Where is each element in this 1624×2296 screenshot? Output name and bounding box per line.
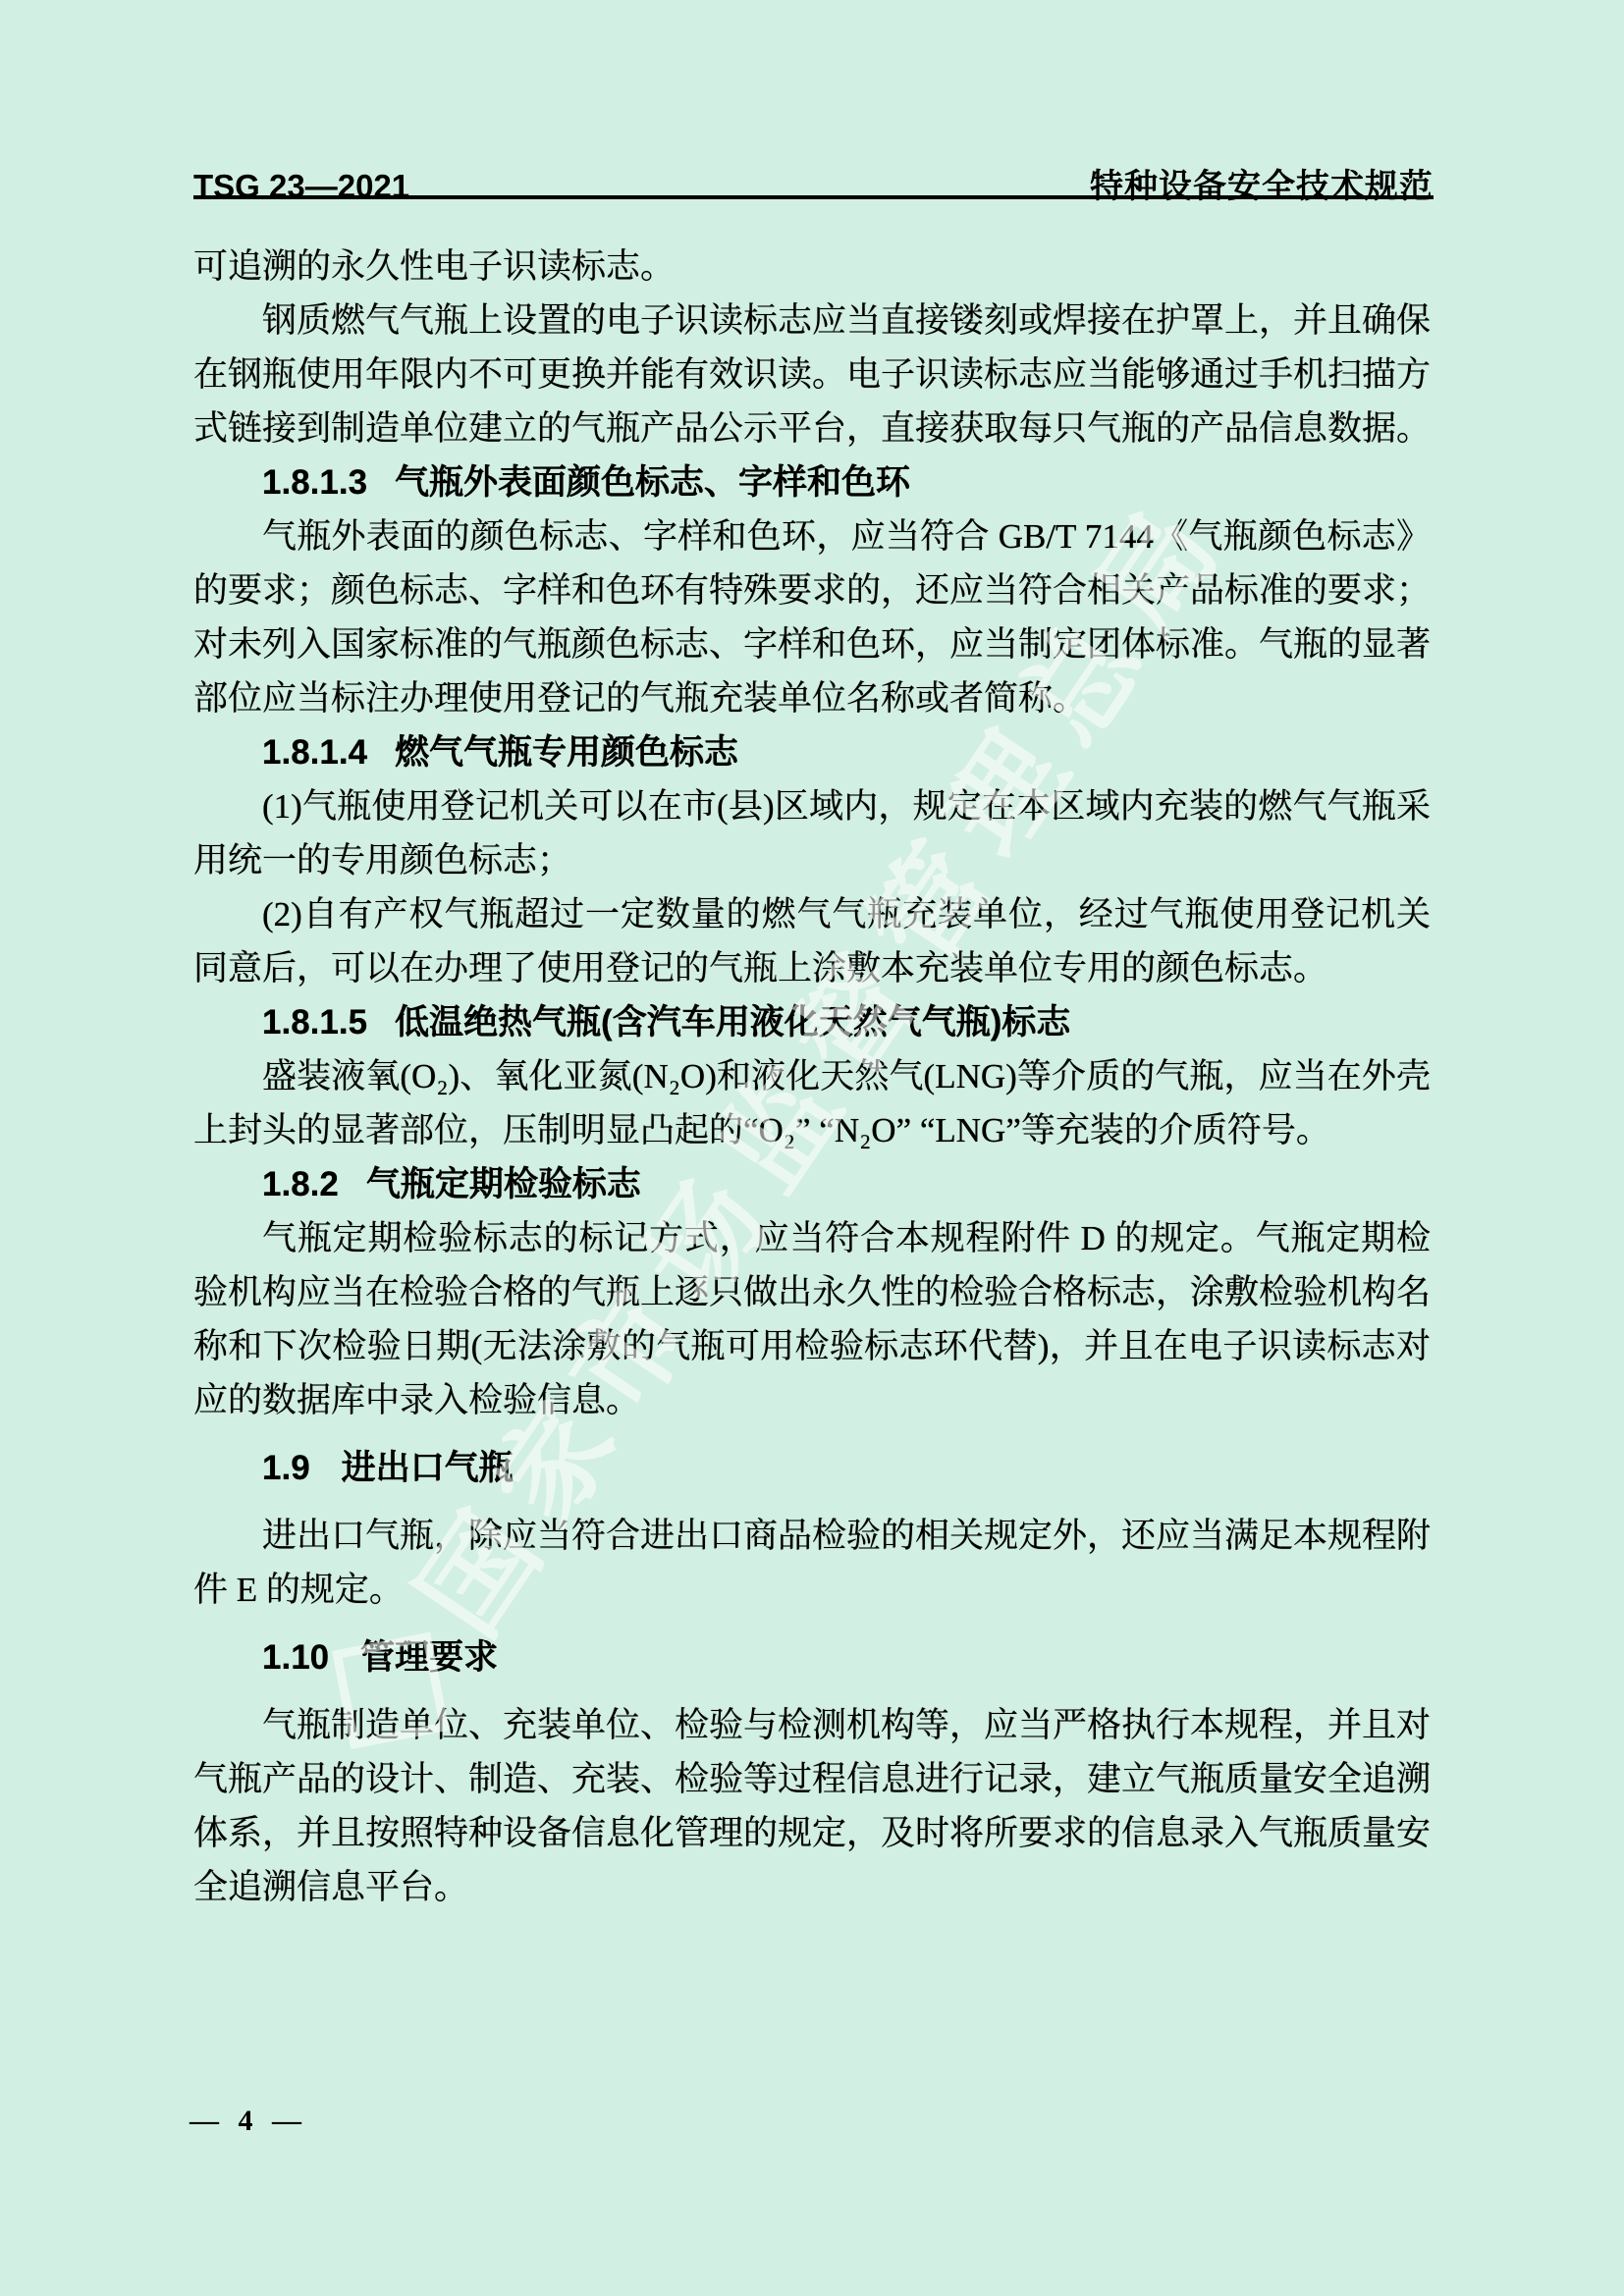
section-heading: 1.8.1.4燃气气瓶专用颜色标志 (193, 725, 1431, 779)
paragraph: (2)自有产权气瓶超过一定数量的燃气气瓶充装单位，经过气瓶使用登记机关同意后，可… (193, 887, 1431, 995)
paragraph: 进出口气瓶，除应当符合进出口商品检验的相关规定外，还应当满足本规程附件 E 的规… (193, 1509, 1431, 1617)
document-code: TSG 23—2021 (193, 168, 409, 205)
header-rule (193, 195, 1434, 199)
page-number: — 4 — (189, 2105, 307, 2137)
section-heading: 1.10管理要求 (193, 1630, 1431, 1684)
section-heading: 1.8.1.5低温绝热气瓶(含汽车用液化天然气气瓶)标志 (193, 995, 1431, 1049)
section-number: 1.10 (262, 1638, 329, 1677)
section-title: 管理要求 (360, 1638, 498, 1677)
body-text: 可追溯的永久性电子识读标志。 钢质燃气气瓶上设置的电子识读标志应当直接镂刻或焊接… (193, 240, 1431, 1914)
section-number: 1.8.1.5 (262, 1003, 367, 1041)
paragraph: 气瓶外表面的颜色标志、字样和色环，应当符合 GB/T 7144《气瓶颜色标志》的… (193, 509, 1431, 725)
section-number: 1.8.2 (262, 1165, 339, 1203)
paragraph: (1)气瓶使用登记机关可以在市(县)区域内，规定在本区域内充装的燃气气瓶采用统一… (193, 779, 1431, 887)
section-title: 气瓶外表面颜色标志、字样和色环 (395, 463, 910, 502)
section-heading: 1.8.1.3气瓶外表面颜色标志、字样和色环 (193, 455, 1431, 509)
section-number: 1.9 (262, 1449, 310, 1487)
section-title: 进出口气瓶 (342, 1449, 514, 1487)
section-title: 气瓶定期检验标志 (366, 1165, 641, 1203)
paragraph: 气瓶定期检验标志的标记方式，应当符合本规程附件 D 的规定。气瓶定期检验机构应当… (193, 1211, 1431, 1427)
section-heading: 1.8.2气瓶定期检验标志 (193, 1157, 1431, 1211)
page-header: TSG 23—2021 特种设备安全技术规范 (193, 159, 1434, 207)
paragraph: 可追溯的永久性电子识读标志。 (193, 240, 1431, 294)
document-category-title: 特种设备安全技术规范 (1090, 159, 1434, 207)
paragraph: 盛装液氧(O₂)、氧化亚氮(N₂O)和液化天然气(LNG)等介质的气瓶，应当在外… (193, 1049, 1431, 1157)
paragraph: 气瓶制造单位、充装单位、检验与检测机构等，应当严格执行本规程，并且对气瓶产品的设… (193, 1698, 1431, 1914)
section-title: 低温绝热气瓶(含汽车用液化天然气气瓶)标志 (395, 1003, 1070, 1041)
section-number: 1.8.1.4 (262, 733, 367, 772)
paragraph: 钢质燃气气瓶上设置的电子识读标志应当直接镂刻或焊接在护罩上，并且确保在钢瓶使用年… (193, 294, 1431, 455)
document-page: TSG 23—2021 特种设备安全技术规范 可追溯的永久性电子识读标志。 钢质… (0, 0, 1624, 2296)
section-number: 1.8.1.3 (262, 463, 367, 502)
section-title: 燃气气瓶专用颜色标志 (395, 733, 738, 772)
section-heading: 1.9进出口气瓶 (193, 1441, 1431, 1495)
page-footer: — 4 — (189, 2105, 307, 2138)
